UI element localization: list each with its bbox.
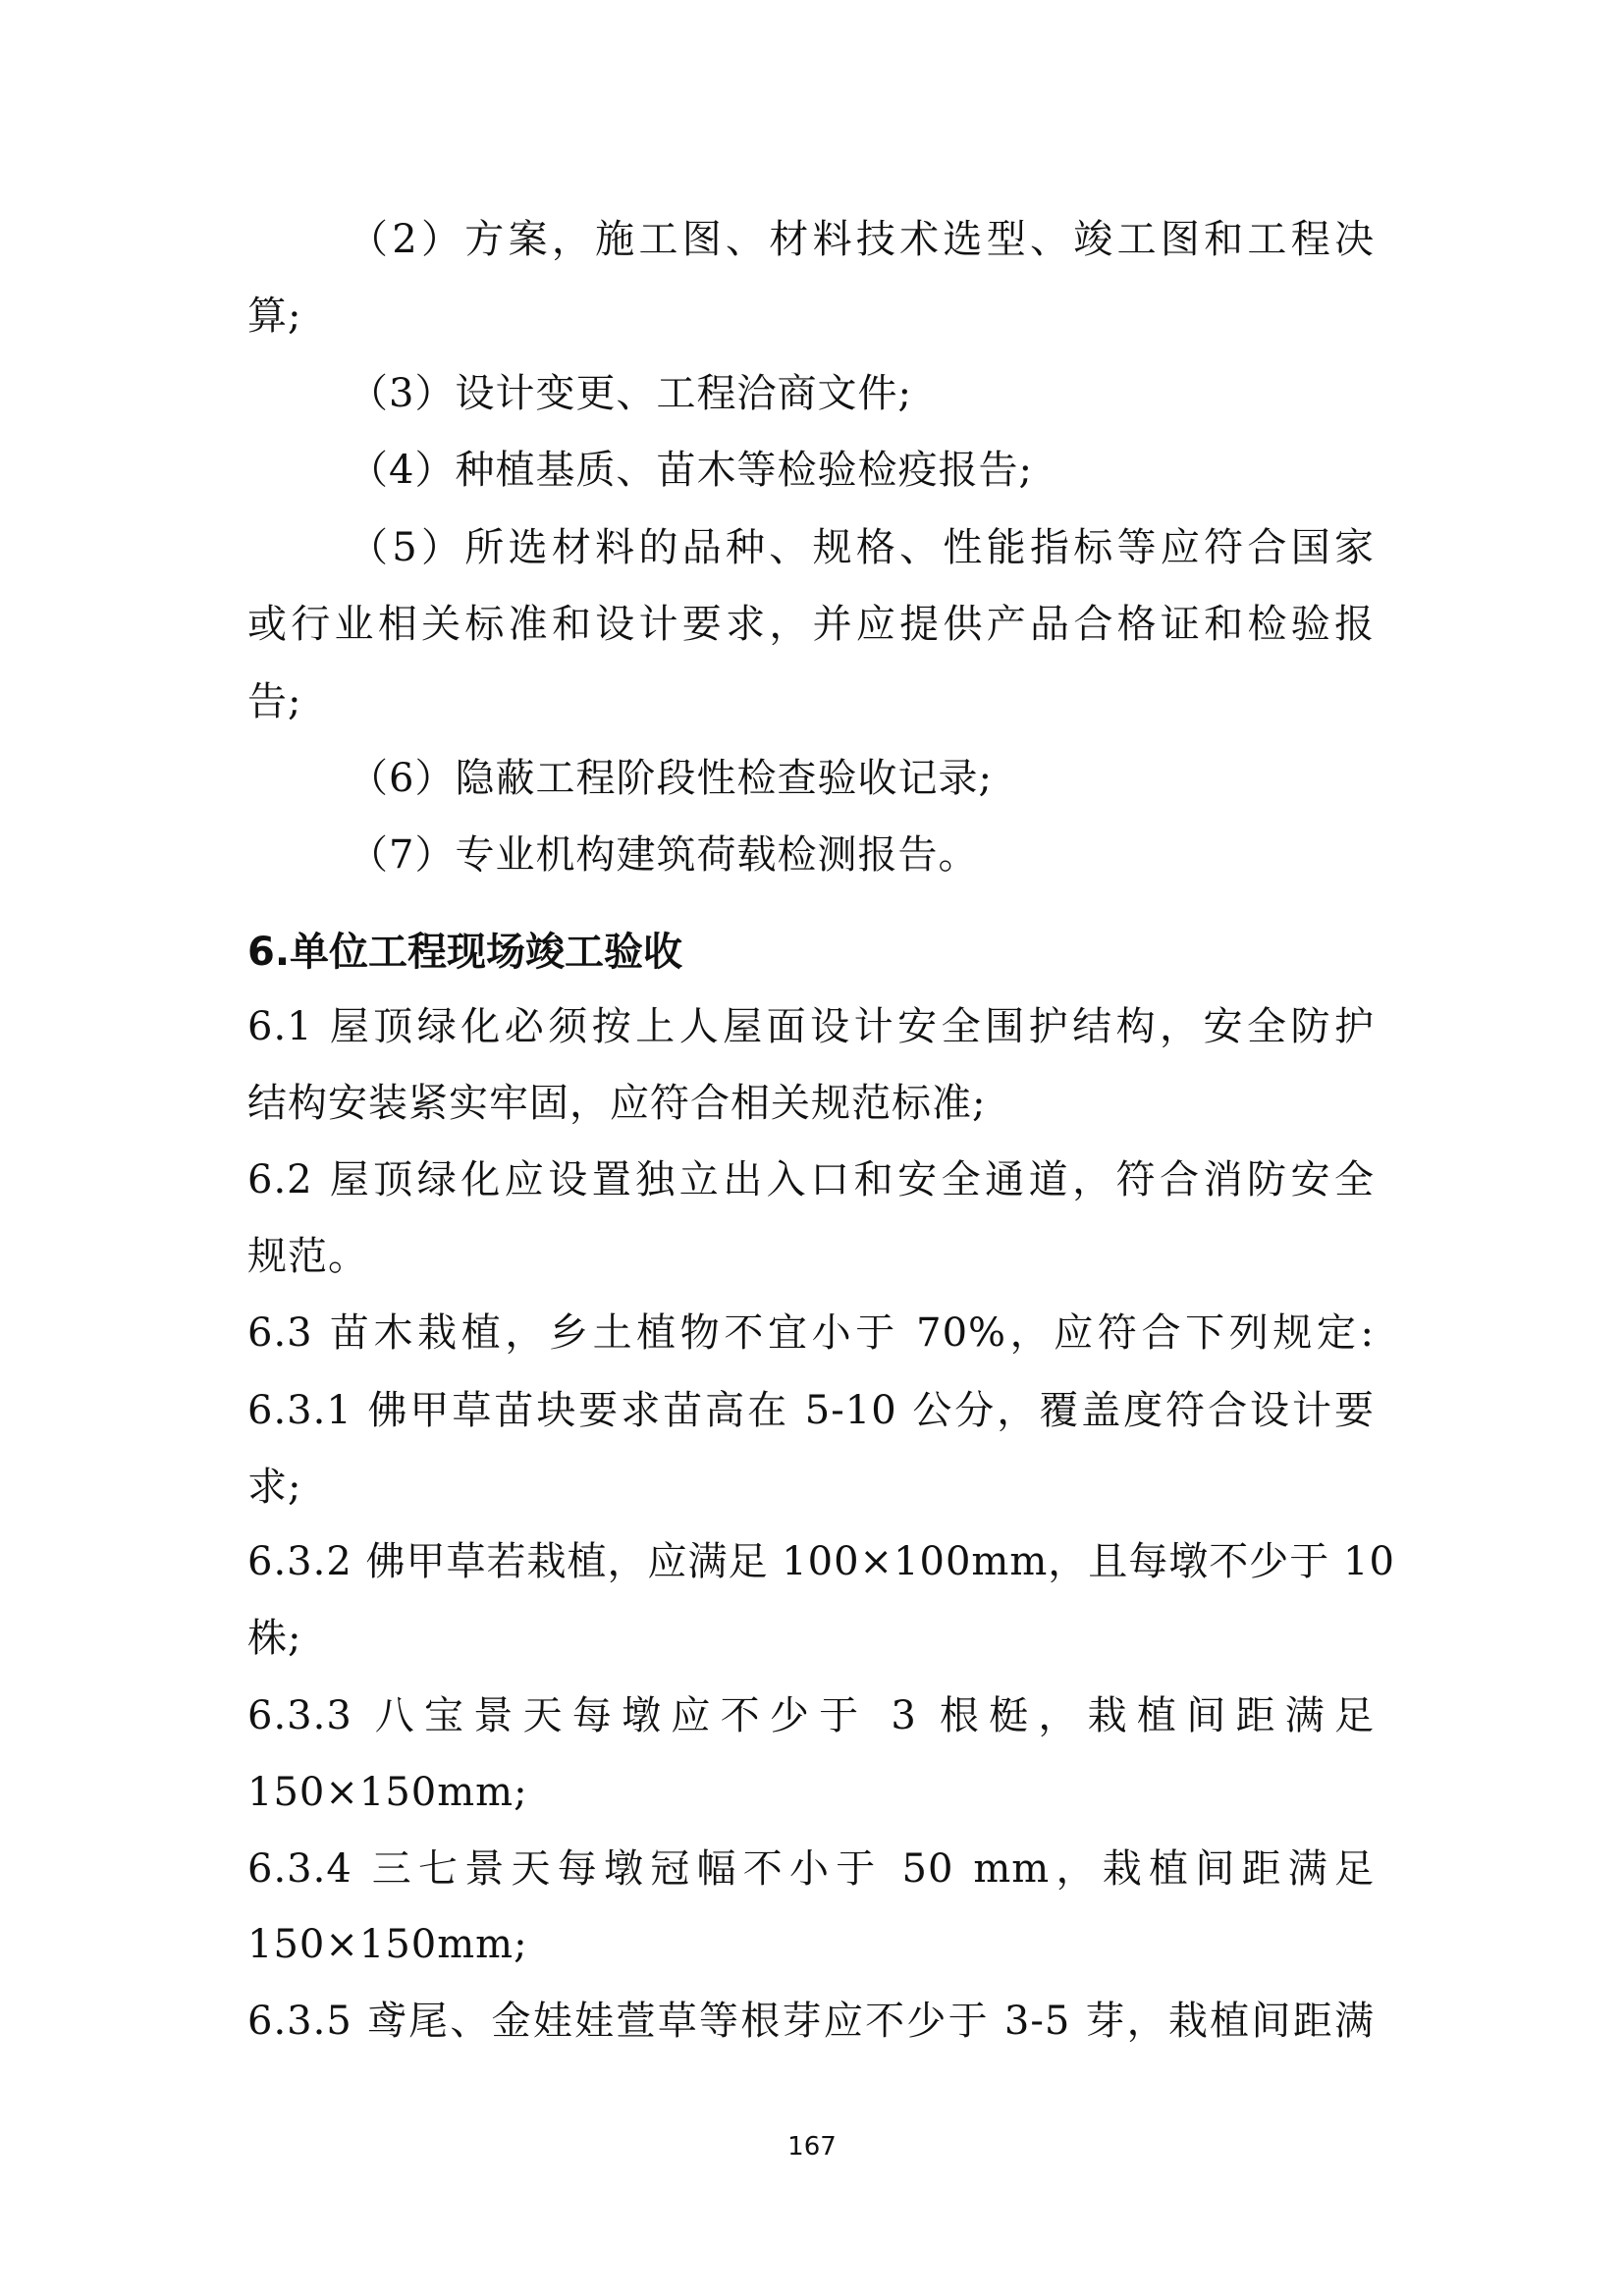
section-heading: 6.单位工程现场竣工验收	[247, 927, 1375, 978]
list-item-7: （7）专业机构建筑荷载检测报告。	[349, 829, 1375, 881]
list-item-6: （6）隐蔽工程阶段性检查验收记录;	[349, 753, 1375, 804]
list-item-3: （3）设计变更、工程洽商文件;	[349, 368, 1375, 419]
page-number: 167	[0, 2132, 1624, 2162]
document-page: （2）方案，施工图、材料技术选型、竣工图和工程决 算; （3）设计变更、工程洽商…	[0, 0, 1624, 2296]
clause-6-1-continuation: 结构安装紧实牢固，应符合相关规范标准;	[247, 1078, 1375, 1129]
list-item-5: （5）所选材料的品种、规格、性能指标等应符合国家	[349, 522, 1375, 573]
clause-6-3-4: 6.3.4 三七景天每墩冠幅不小于 50 mm，栽植间距满足	[247, 1843, 1375, 1895]
clause-6-3-1: 6.3.1 佛甲草苗块要求苗高在 5-10 公分，覆盖度符合设计要	[247, 1385, 1375, 1436]
clause-6-3-3-continuation: 150×150mm;	[247, 1767, 1375, 1818]
clause-6-2-continuation: 规范。	[247, 1231, 1375, 1282]
clause-6-3: 6.3 苗木栽植，乡土植物不宜小于 70%，应符合下列规定:	[247, 1308, 1375, 1359]
clause-6-2: 6.2 屋顶绿化应设置独立出入口和安全通道，符合消防安全	[247, 1154, 1375, 1205]
list-item-4: （4）种植基质、苗木等检验检疫报告;	[349, 445, 1375, 496]
clause-6-3-3: 6.3.3 八宝景天每墩应不少于 3 根梃，栽植间距满足	[247, 1690, 1375, 1741]
clause-6-3-2-continuation: 株;	[247, 1613, 1375, 1664]
list-item-5-continuation-end: 告;	[247, 676, 1375, 727]
list-item-2-continuation: 算;	[247, 291, 1375, 342]
clause-6-3-1-continuation: 求;	[247, 1462, 1375, 1513]
clause-6-3-5: 6.3.5 鸢尾、金娃娃萱草等根芽应不少于 3-5 芽，栽植间距满	[247, 1996, 1375, 2047]
clause-6-3-2: 6.3.2 佛甲草若栽植，应满足 100×100mm，且每墩不少于 10	[247, 1536, 1375, 1587]
clause-6-3-4-continuation: 150×150mm;	[247, 1919, 1375, 1970]
list-item-2: （2）方案，施工图、材料技术选型、竣工图和工程决	[349, 214, 1375, 265]
clause-6-1: 6.1 屋顶绿化必须按上人屋面设计安全围护结构，安全防护	[247, 1001, 1375, 1052]
list-item-5-continuation: 或行业相关标准和设计要求，并应提供产品合格证和检验报	[247, 599, 1375, 650]
